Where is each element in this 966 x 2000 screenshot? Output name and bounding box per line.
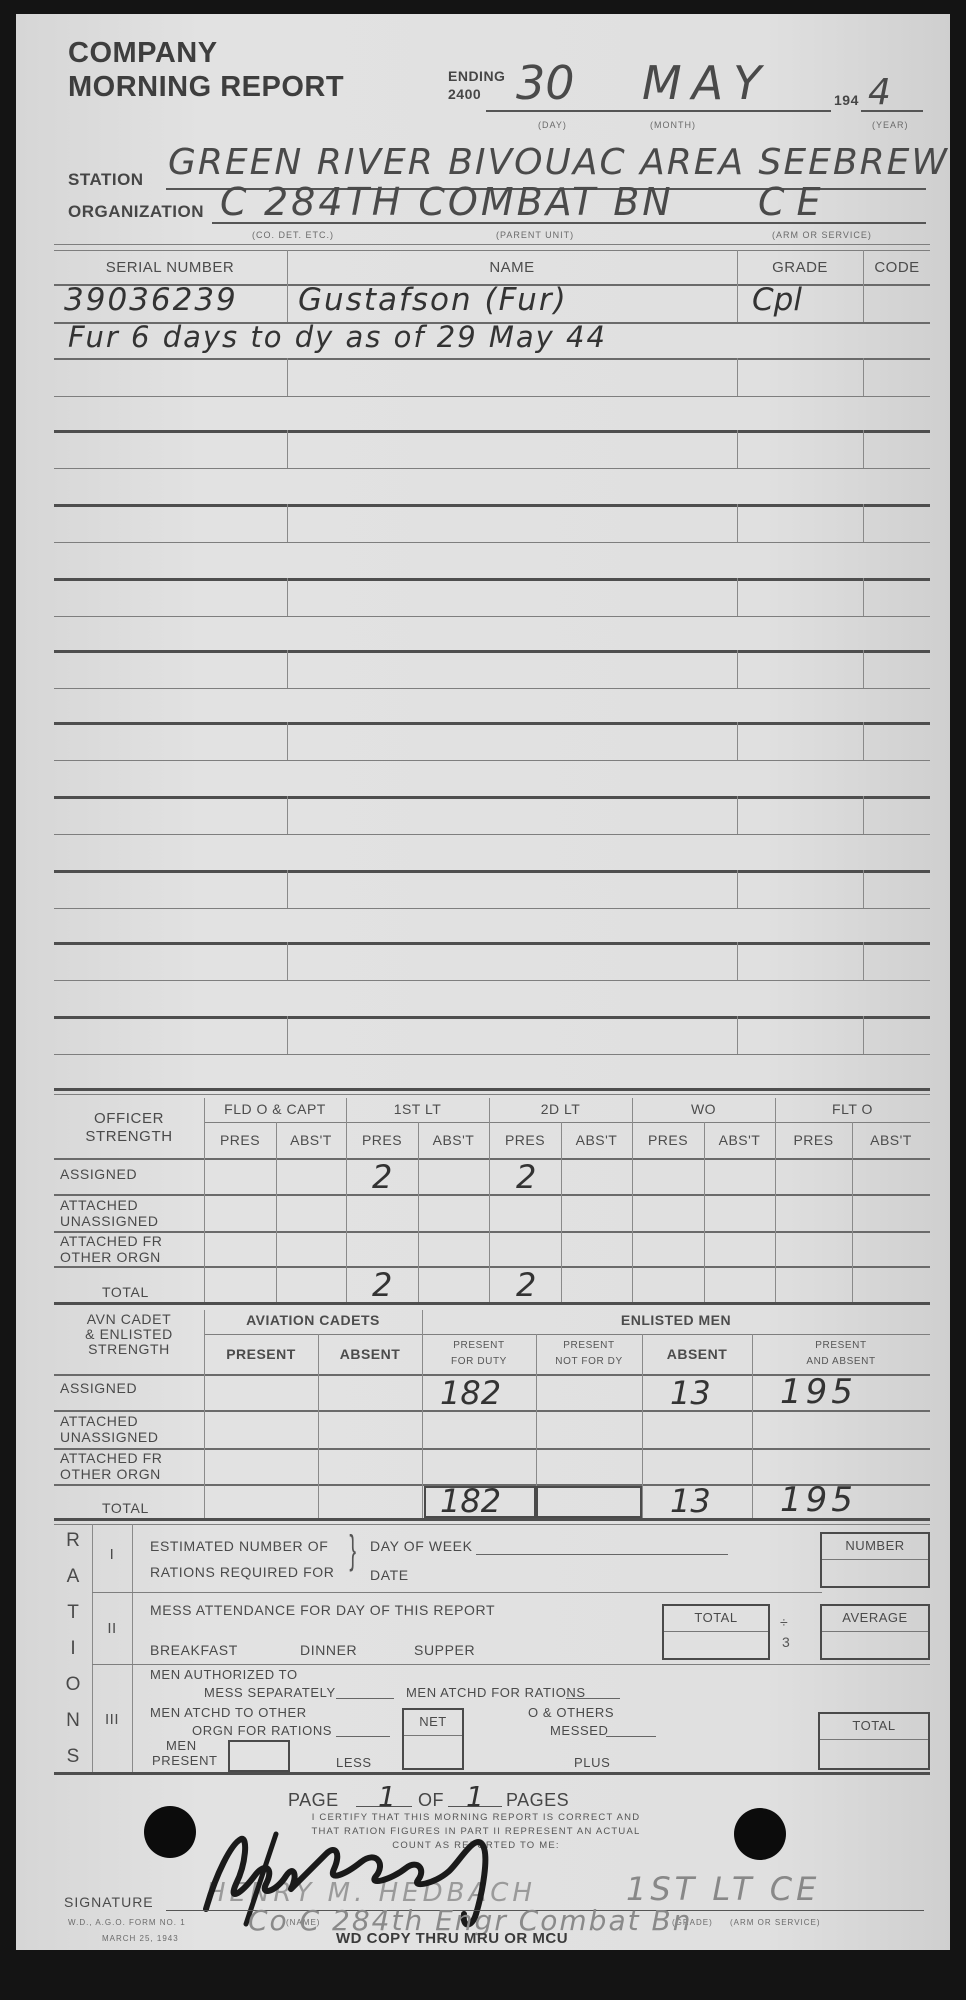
- rations-letter-o: O: [54, 1674, 92, 1696]
- column-divider: [863, 796, 864, 834]
- soldier-grade: Cpl: [752, 282, 802, 318]
- column-divider: [561, 1122, 562, 1302]
- enlisted-assigned-present-and-absent: 195: [780, 1372, 857, 1412]
- column-divider: [642, 1334, 643, 1518]
- officer-row-attached-fr-1: ATTACHED FR: [60, 1233, 163, 1250]
- column-divider: [287, 1016, 288, 1054]
- supper-label: SUPPER: [414, 1642, 475, 1659]
- dinner-label: DINNER: [300, 1642, 357, 1659]
- punch-hole-right: [734, 1808, 786, 1860]
- rule: [54, 834, 930, 835]
- soldier-name: Gustafson (Fur): [298, 282, 568, 318]
- column-divider: [737, 578, 738, 616]
- group-flt-o: FLT O: [775, 1101, 930, 1117]
- enlisted-total-present-for-duty: 182: [440, 1482, 501, 1520]
- rule: [54, 722, 930, 725]
- enlisted-assigned-absent: 13: [670, 1374, 711, 1412]
- officer-total-2d-lt-pres: 2: [516, 1266, 536, 1304]
- rule: [54, 980, 930, 981]
- men-atchd-for-rations: MEN ATCHD FOR RATIONS: [406, 1684, 586, 1701]
- org-caption-parent: (PARENT UNIT): [496, 230, 574, 240]
- rule: [54, 250, 930, 251]
- date-label: DATE: [370, 1567, 409, 1584]
- pages-label: PAGES: [506, 1790, 569, 1811]
- rations-letter-n: N: [54, 1710, 92, 1732]
- column-divider: [863, 722, 864, 760]
- men-atchd-for-rations-field[interactable]: [566, 1698, 620, 1699]
- rations-section-2-numeral: II: [92, 1620, 132, 1637]
- column-divider: [737, 358, 738, 396]
- column-divider: [737, 796, 738, 834]
- officer-row-attached-1: ATTACHED: [60, 1197, 138, 1214]
- column-divider: [737, 430, 738, 468]
- column-divider: [737, 250, 738, 322]
- column-divider: [752, 1334, 753, 1518]
- average-box[interactable]: AVERAGE: [820, 1604, 930, 1660]
- sub-abst: ABS'T: [561, 1132, 632, 1148]
- officer-row-total: TOTAL: [102, 1284, 149, 1301]
- net-box[interactable]: NET: [402, 1708, 464, 1770]
- rule: [92, 1592, 822, 1593]
- column-divider: [287, 578, 288, 616]
- morning-report-form: COMPANY MORNING REPORT ENDING 2400 30 MA…: [16, 14, 950, 1950]
- page-label: PAGE: [288, 1790, 339, 1811]
- sub-pres: PRES: [489, 1132, 561, 1148]
- mess-attendance-title: MESS ATTENDANCE FOR DAY OF THIS REPORT: [150, 1602, 495, 1619]
- roster-remark: Fur 6 days to dy as of 29 May 44: [68, 320, 607, 354]
- column-divider: [737, 504, 738, 542]
- column-divider: [863, 430, 864, 468]
- column-divider: [737, 870, 738, 908]
- column-divider: [863, 650, 864, 688]
- column-divider: [287, 722, 288, 760]
- rule: [54, 942, 930, 945]
- rations-letter-r: R: [54, 1530, 92, 1552]
- rule: [54, 396, 930, 397]
- column-divider: [287, 942, 288, 980]
- number-box-label: NUMBER: [822, 1534, 928, 1560]
- group-aviation-cadets: AVIATION CADETS: [204, 1312, 422, 1328]
- station-label: STATION: [68, 170, 144, 190]
- col-em-absent: ABSENT: [642, 1346, 752, 1362]
- column-divider: [863, 1016, 864, 1054]
- ending-label: ENDING: [448, 68, 505, 84]
- header-serial-number: SERIAL NUMBER: [54, 259, 286, 276]
- sub-abst: ABS'T: [704, 1132, 775, 1148]
- of-label: OF: [418, 1790, 444, 1811]
- org-arm-service: CE: [758, 180, 833, 224]
- rule: [54, 688, 930, 689]
- enlisted-row-attached-fr-1: ATTACHED FR: [60, 1450, 163, 1467]
- average-label: AVERAGE: [822, 1606, 928, 1632]
- column-divider: [852, 1122, 853, 1302]
- column-divider: [287, 504, 288, 542]
- rule: [204, 1122, 930, 1123]
- rule: [54, 1266, 930, 1268]
- officer-assigned-2d-lt-pres: 2: [516, 1158, 536, 1196]
- officer-row-attached-fr-2: OTHER ORGN: [60, 1249, 161, 1266]
- officer-strength-title-2: STRENGTH: [54, 1128, 204, 1145]
- report-day: 30: [516, 56, 575, 110]
- group-enlisted-men: ENLISTED MEN: [422, 1312, 930, 1328]
- men-present-box[interactable]: [228, 1740, 290, 1772]
- enlisted-total-present-and-absent: 195: [780, 1480, 857, 1520]
- enlisted-row-attached-fr-2: OTHER ORGN: [60, 1466, 161, 1483]
- rule: [204, 1334, 930, 1335]
- column-divider: [418, 1122, 419, 1302]
- day-of-week-label: DAY OF WEEK: [370, 1538, 473, 1555]
- rule: [54, 244, 930, 245]
- enlisted-row-attached-1: ATTACHED: [60, 1413, 138, 1430]
- mess-separately-field[interactable]: [336, 1698, 394, 1699]
- column-divider: [346, 1098, 347, 1302]
- rations-letter-t: T: [54, 1602, 92, 1624]
- column-divider: [704, 1122, 705, 1302]
- column-divider: [863, 504, 864, 542]
- enlisted-assigned-present-for-duty: 182: [440, 1374, 501, 1412]
- signature-grade: 1ST LT CE: [626, 1870, 820, 1908]
- year-caption: (YEAR): [872, 120, 909, 130]
- col-present-and-absent-2: AND ABSENT: [752, 1354, 930, 1370]
- group-2d-lt: 2D LT: [489, 1101, 632, 1117]
- column-divider: [204, 1310, 205, 1518]
- rations-section-3-numeral: III: [92, 1711, 132, 1728]
- sub-abst: ABS'T: [418, 1132, 489, 1148]
- column-divider: [318, 1334, 319, 1518]
- plus-label: PLUS: [574, 1754, 610, 1771]
- group-1st-lt: 1ST LT: [346, 1101, 489, 1117]
- men-present-1: MEN: [166, 1738, 197, 1753]
- sub-pres: PRES: [346, 1132, 418, 1148]
- sub-abst: ABS'T: [852, 1132, 930, 1148]
- serial-number: 39036239: [64, 282, 238, 318]
- page-total: 1: [466, 1780, 484, 1813]
- men-atchd-other-1: MEN ATCHD TO OTHER: [150, 1704, 307, 1721]
- header-grade: GRADE: [738, 259, 862, 276]
- others-messed-2: MESSED: [550, 1722, 609, 1739]
- column-divider: [863, 358, 864, 396]
- enlisted-title-3: STRENGTH: [54, 1342, 204, 1357]
- org-company: C: [220, 180, 247, 224]
- rule: [54, 504, 930, 507]
- rule: [54, 1088, 930, 1091]
- column-divider: [737, 722, 738, 760]
- col-avn-present: PRESENT: [204, 1346, 318, 1362]
- wd-copy-note: WD COPY THRU MRU OR MCU: [336, 1930, 568, 1947]
- date-underline: [486, 110, 831, 112]
- column-divider: [863, 578, 864, 616]
- station-value: GREEN RIVER BIVOUAC AREA SEEBREW: [168, 142, 949, 183]
- form-title-line1: COMPANY: [68, 36, 218, 70]
- rule: [54, 908, 930, 909]
- day-of-week-field[interactable]: [476, 1554, 728, 1555]
- rule: [54, 1772, 930, 1775]
- col-present-not-for-dy-2: NOT FOR DY: [536, 1354, 642, 1370]
- column-divider: [863, 942, 864, 980]
- others-messed-field[interactable]: [606, 1736, 656, 1737]
- column-divider: [287, 358, 288, 396]
- enlisted-row-assigned: ASSIGNED: [60, 1380, 137, 1397]
- officer-row-attached-2: UNASSIGNED: [60, 1213, 159, 1230]
- header-code: CODE: [864, 259, 930, 276]
- rule: [54, 542, 930, 543]
- men-authorized-1: MEN AUTHORIZED TO: [150, 1666, 298, 1683]
- rule: [54, 616, 930, 617]
- column-divider: [775, 1098, 776, 1302]
- form-date: MARCH 25, 1943: [102, 1934, 179, 1943]
- sub-pres: PRES: [204, 1132, 276, 1148]
- column-divider: [276, 1122, 277, 1302]
- rule: [54, 358, 930, 360]
- orgn-for-rations-field[interactable]: [336, 1736, 390, 1737]
- column-divider: [489, 1098, 490, 1302]
- rule: [54, 578, 930, 581]
- others-messed-1: O & OTHERS: [528, 1704, 614, 1721]
- column-divider: [737, 942, 738, 980]
- caption-arm-service: (ARM OR SERVICE): [730, 1918, 821, 1927]
- column-divider: [863, 870, 864, 908]
- column-divider: [422, 1310, 423, 1518]
- org-caption-company: (CO. DET. ETC.): [252, 230, 334, 240]
- less-label: LESS: [336, 1754, 372, 1771]
- officer-assigned-1st-lt-pres: 2: [372, 1158, 392, 1196]
- rations-section-1-numeral: I: [92, 1546, 132, 1563]
- enlisted-title-2: & ENLISTED: [54, 1327, 204, 1342]
- rule: [54, 796, 930, 799]
- total-present-not-for-dy-box: [536, 1486, 642, 1518]
- year-prefix: 194: [834, 92, 859, 108]
- rations-total-box[interactable]: TOTAL: [818, 1712, 930, 1770]
- column-divider: [632, 1098, 633, 1302]
- column-divider: [287, 430, 288, 468]
- col-present-for-duty-2: FOR DUTY: [422, 1354, 536, 1370]
- rule: [54, 650, 930, 653]
- rations-letter-a: A: [54, 1566, 92, 1588]
- rule: [54, 1016, 930, 1019]
- column-divider: [737, 1016, 738, 1054]
- enlisted-total-absent: 13: [670, 1482, 711, 1520]
- enlisted-row-total: TOTAL: [102, 1500, 149, 1517]
- organization-label: ORGANIZATION: [68, 202, 204, 222]
- rule: [54, 1302, 930, 1305]
- rule: [54, 1054, 930, 1055]
- header-name: NAME: [288, 259, 736, 276]
- enlisted-row-attached-2: UNASSIGNED: [60, 1429, 159, 1446]
- col-present-not-for-dy-1: PRESENT: [536, 1338, 642, 1354]
- mess-total-box[interactable]: TOTAL: [662, 1604, 770, 1660]
- org-parent-unit: 284TH COMBAT BN: [264, 180, 674, 224]
- column-divider: [204, 1098, 205, 1302]
- men-atchd-other-2: ORGN FOR RATIONS: [192, 1722, 332, 1739]
- sub-pres: PRES: [632, 1132, 704, 1148]
- rule: [54, 870, 930, 873]
- sub-abst: ABS'T: [276, 1132, 346, 1148]
- sub-pres: PRES: [775, 1132, 852, 1148]
- rule: [54, 1194, 930, 1196]
- ending-time: 2400: [448, 86, 481, 102]
- men-authorized-2: MESS SEPARATELY: [204, 1684, 336, 1701]
- month-caption: (MONTH): [650, 120, 696, 130]
- form-title-line2: MORNING REPORT: [68, 70, 344, 104]
- column-divider: [863, 250, 864, 322]
- divide-sign: ÷: [780, 1614, 788, 1630]
- officer-total-1st-lt-pres: 2: [372, 1266, 392, 1304]
- rule: [54, 430, 930, 433]
- rule: [54, 468, 930, 469]
- signature-label: SIGNATURE: [64, 1894, 154, 1910]
- rule: [54, 1231, 930, 1233]
- enlisted-title-1: AVN CADET: [54, 1312, 204, 1327]
- group-wo: WO: [632, 1101, 775, 1117]
- column-divider: [287, 250, 288, 322]
- col-present-for-duty-1: PRESENT: [422, 1338, 536, 1354]
- column-divider: [737, 650, 738, 688]
- rule: [92, 1664, 930, 1665]
- officer-strength-title-1: OFFICER: [54, 1110, 204, 1127]
- org-caption-arm: (ARM OR SERVICE): [772, 230, 872, 240]
- men-present-2: PRESENT: [152, 1753, 218, 1768]
- page-number: 1: [378, 1780, 396, 1813]
- rations-total-label: TOTAL: [820, 1714, 928, 1740]
- column-divider: [287, 650, 288, 688]
- col-present-and-absent-1: PRESENT: [752, 1338, 930, 1354]
- rations-estimated-number: ESTIMATED NUMBER OF: [150, 1538, 328, 1555]
- rations-required-for: RATIONS REQUIRED FOR: [150, 1564, 334, 1581]
- day-caption: (DAY): [538, 120, 567, 130]
- col-avn-absent: ABSENT: [318, 1346, 422, 1362]
- divide-by-three: 3: [782, 1634, 790, 1650]
- officer-row-assigned: ASSIGNED: [60, 1166, 137, 1183]
- rule: [54, 1448, 930, 1450]
- rule: [54, 1524, 930, 1525]
- column-divider: [287, 870, 288, 908]
- form-number: W.D., A.G.O. FORM NO. 1: [68, 1918, 186, 1927]
- report-month: MAY: [642, 56, 771, 110]
- rule: [54, 1094, 930, 1095]
- number-box[interactable]: NUMBER: [820, 1532, 930, 1588]
- group-fld-o-capt: FLD O & CAPT: [204, 1101, 346, 1117]
- rations-letter-s: S: [54, 1746, 92, 1768]
- mess-total-label: TOTAL: [664, 1606, 768, 1632]
- rule: [54, 760, 930, 761]
- rule: [54, 1158, 930, 1160]
- brace-icon: }: [349, 1530, 356, 1570]
- column-divider: [287, 796, 288, 834]
- net-label: NET: [404, 1710, 462, 1736]
- rations-letter-i: I: [54, 1638, 92, 1660]
- breakfast-label: BREAKFAST: [150, 1642, 238, 1659]
- report-year-digit: 4: [868, 72, 891, 113]
- column-divider: [132, 1524, 133, 1772]
